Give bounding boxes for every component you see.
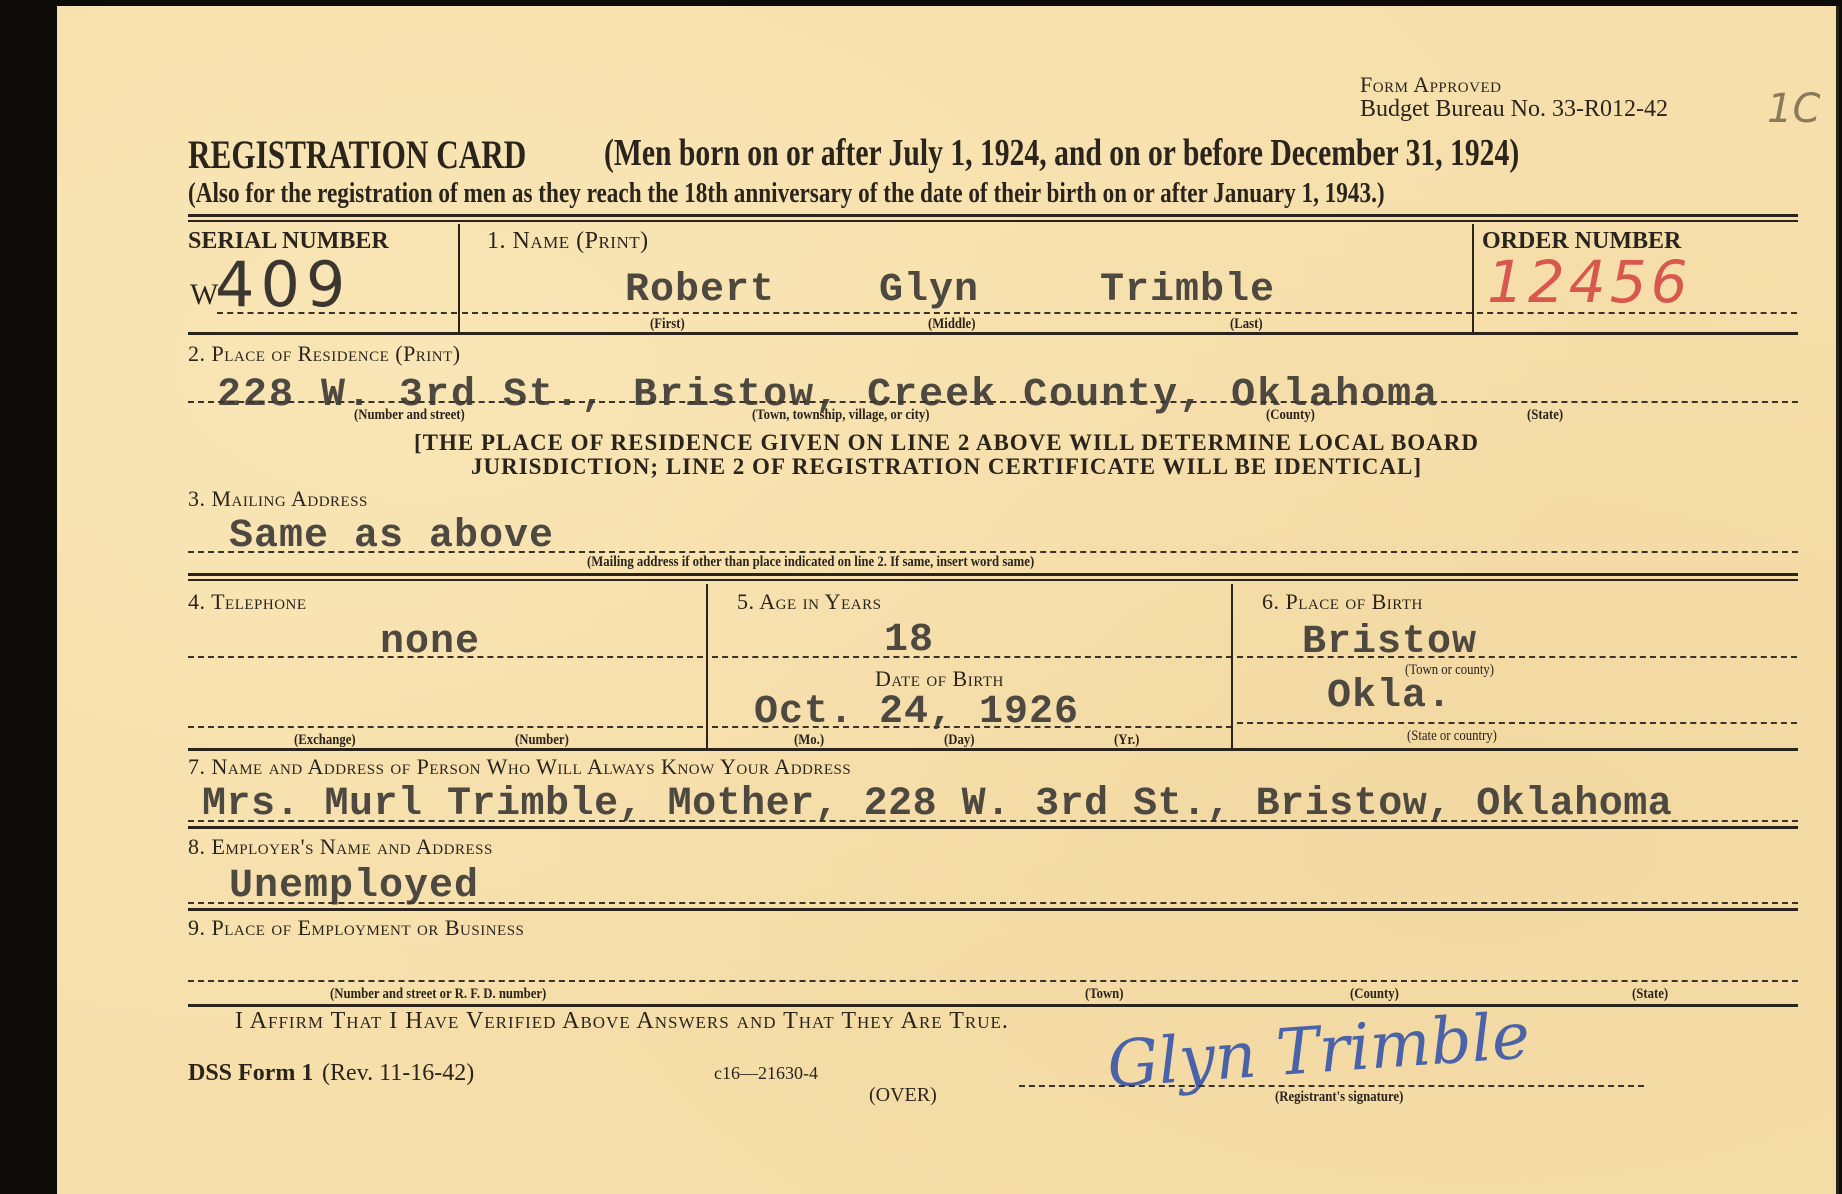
contact-label: 7. Name and Address of Person Who Will A… [188,754,851,780]
telephone-caption-exchange: (Exchange) [294,732,356,749]
telephone-caption-number: (Number) [515,732,569,749]
name-last-caption: (Last) [1230,316,1263,333]
residence-label: 2. Place of Residence (Print) [188,341,461,367]
registration-card: Form Approved Budget Bureau No. 33-R012-… [57,6,1839,1194]
name-first-caption: (First) [650,316,685,333]
employment-caption-state: (State) [1632,986,1668,1003]
birthplace-state-caption: (State or country) [1407,728,1497,745]
age-label: 5. Age in Years [737,589,881,615]
name-last: Trimble [1100,268,1275,313]
residence-caption-town: (Town, township, village, or city) [752,407,929,424]
name-label: 1. Name (Print) [487,228,649,255]
name-middle: Glyn [879,268,979,313]
form-id: DSS Form 1 [188,1060,313,1087]
title-qualifier: (Men born on or after July 1, 1924, and … [604,131,1519,175]
card-subtitle: (Also for the registration of men as the… [188,177,1385,210]
registrant-signature: Glyn Trimble [1105,999,1532,1102]
dob-label: Date of Birth [875,666,1004,692]
over-indicator: (OVER) [869,1084,937,1107]
budget-bureau-number: Budget Bureau No. 33-R012-42 [1360,96,1668,123]
name-first: Robert [625,268,775,313]
employment-caption-town: (Town) [1085,986,1124,1003]
mailing-caption: (Mailing address if other than place ind… [587,554,1034,571]
signature-caption: (Registrant's signature) [1275,1089,1403,1106]
form-revision: (Rev. 11-16-42) [322,1060,474,1087]
employer-label: 8. Employer's Name and Address [188,834,493,860]
dob-caption-year: (Yr.) [1114,732,1139,749]
name-middle-caption: (Middle) [928,316,975,333]
dob-caption-day: (Day) [944,732,974,749]
employment-place-label: 9. Place of Employment or Business [188,915,524,941]
order-number-value: 12456 [1487,248,1692,316]
birthplace-town: Bristow [1302,620,1477,665]
residence-notice-line1: [THE PLACE OF RESIDENCE GIVEN ON LINE 2 … [57,430,1836,456]
telephone-value: none [380,620,480,665]
serial-number-value: 409 [215,248,351,321]
birthplace-label: 6. Place of Birth [1262,589,1423,615]
telephone-label: 4. Telephone [188,589,307,615]
employment-caption-county: (County) [1350,986,1399,1003]
dob-caption-month: (Mo.) [794,732,824,749]
card-title: REGISTRATION CARD [188,131,526,178]
affirmation-text: I Affirm That I Have Verified Above Answ… [235,1008,1009,1035]
residence-caption-street: (Number and street) [354,407,465,424]
print-code: c16—21630-4 [714,1063,818,1084]
residence-notice-line2: JURISDICTION; LINE 2 OF REGISTRATION CER… [57,454,1836,480]
mailing-label: 3. Mailing Address [188,486,368,512]
residence-caption-state: (State) [1527,407,1563,424]
form-approved-label: Form Approved [1360,72,1501,98]
dob-value: Oct. 24, 1926 [754,690,1079,735]
employment-caption-street: (Number and street or R. F. D. number) [330,986,546,1003]
birthplace-state: Okla. [1327,674,1452,719]
corner-note: 1C [1767,86,1820,132]
residence-caption-county: (County) [1266,407,1315,424]
